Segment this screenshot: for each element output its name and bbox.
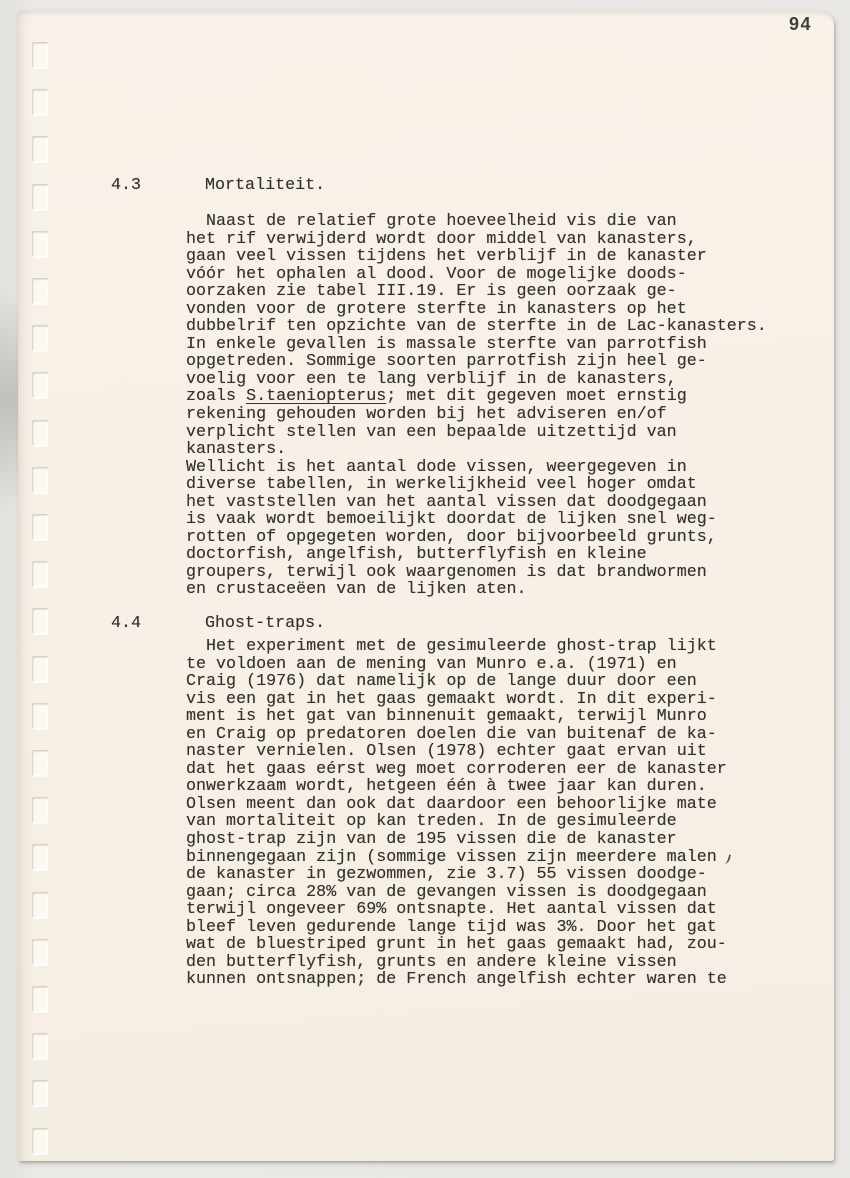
binding-hole — [32, 1080, 48, 1106]
text-line: kanasters. — [186, 441, 806, 459]
text-line: onwerkzaam wordt, hetgeen één à twee jaa… — [186, 778, 806, 796]
section-body-text: Het experiment met de gesimuleerde ghost… — [186, 638, 806, 989]
text-line: dubbelrif ten opzichte van de sterfte in… — [186, 318, 806, 336]
text-line: In enkele gevallen is massale sterfte va… — [186, 336, 806, 354]
binding-hole — [32, 325, 48, 351]
binding-hole — [32, 1128, 48, 1154]
section-title: Ghost-traps. — [205, 615, 325, 633]
section-number: 4.3 — [111, 177, 141, 195]
scanner-background: 94 4.3 Mortaliteit. Naast de relatief gr… — [0, 0, 850, 1178]
text-line: diverse tabellen, in werkelijkheid veel … — [186, 476, 806, 494]
binding-hole — [32, 278, 48, 304]
binding-hole — [32, 231, 48, 257]
section-number: 4.4 — [111, 615, 141, 633]
section-title: Mortaliteit. — [205, 177, 325, 195]
text-line: groupers, terwijl ook waargenomen is dat… — [186, 564, 806, 582]
binding-hole — [32, 750, 48, 776]
text-line: vis een gat in het gaas gemaakt wordt. I… — [186, 691, 806, 709]
text-line: opgetreden. Sommige soorten parrotfish z… — [186, 353, 806, 371]
text-line: ghost-trap zijn van de 195 vissen die de… — [186, 831, 806, 849]
text-line: vonden voor de grotere sterfte in kanast… — [186, 301, 806, 319]
text-line: wat de bluestriped grunt in het gaas gem… — [186, 936, 806, 954]
text-line: ment is het gat van binnenuit gemaakt, t… — [186, 708, 806, 726]
binding-hole — [32, 703, 48, 729]
document-page: 94 4.3 Mortaliteit. Naast de relatief gr… — [18, 11, 834, 1161]
binding-hole — [32, 939, 48, 965]
binding-hole — [32, 514, 48, 540]
text-line: van mortaliteit op kan treden. In de ges… — [186, 813, 806, 831]
text-line: Wellicht is het aantal dode vissen, weer… — [186, 459, 806, 477]
binding-hole — [32, 467, 48, 493]
text-line: den butterflyfish, grunts en andere klei… — [186, 954, 806, 972]
binding-hole — [32, 136, 48, 162]
text-line: Naast de relatief grote hoeveelheid vis … — [186, 213, 806, 231]
text-line: rotten of opgegeten worden, door bijvoor… — [186, 529, 806, 547]
binding-hole — [32, 42, 48, 68]
binding-hole — [32, 656, 48, 682]
text-line: gaan; circa 28% van de gevangen vissen i… — [186, 884, 806, 902]
text-line: te voldoen aan de mening van Munro e.a. … — [186, 656, 806, 674]
text-line: kunnen ontsnappen; de French angelfish e… — [186, 971, 806, 989]
text-line: rekening gehouden worden bij het adviser… — [186, 406, 806, 424]
text-line: Olsen meent dan ook dat daardoor een beh… — [186, 796, 806, 814]
text-line: terwijl ongeveer 69% ontsnapte. Het aant… — [186, 901, 806, 919]
binding-hole — [32, 420, 48, 446]
section-heading: 4.3 Mortaliteit. — [18, 177, 834, 195]
text-line: en crustaceëen van de lijken aten. — [186, 581, 806, 599]
text-line: binnengegaan zijn (sommige vissen zijn m… — [186, 849, 806, 867]
binding-hole — [32, 797, 48, 823]
text-line: vóór het ophalen al dood. Voor de mogeli… — [186, 266, 806, 284]
text-line: bleef leven gedurende lange tijd was 3%.… — [186, 919, 806, 937]
section-heading: 4.4 Ghost-traps. — [18, 615, 834, 633]
text-line: naster vernielen. Olsen (1978) echter ga… — [186, 743, 806, 761]
text-line: Craig (1976) dat namelijk op de lange du… — [186, 673, 806, 691]
binding-hole — [32, 89, 48, 115]
text-line: het rif verwijderd wordt door middel van… — [186, 231, 806, 249]
binding-hole — [32, 372, 48, 398]
text-line: gaan veel vissen tijdens het verblijf in… — [186, 248, 806, 266]
page-number: 94 — [789, 14, 812, 35]
text-line: oorzaken zie tabel III.19. Er is geen oo… — [186, 283, 806, 301]
binding-hole — [32, 844, 48, 870]
text-line: verplicht stellen van een bepaalde uitze… — [186, 424, 806, 442]
binding-hole — [32, 561, 48, 587]
binding-hole — [32, 986, 48, 1012]
text-line: en Craig op predatoren doelen die van bu… — [186, 726, 806, 744]
text-line: Het experiment met de gesimuleerde ghost… — [186, 638, 806, 656]
text-line: de kanaster in gezwommen, zie 3.7) 55 vi… — [186, 866, 806, 884]
text-line: voelig voor een te lang verblijf in de k… — [186, 371, 806, 389]
text-line: zoals S.taeniopterus; met dit gegeven mo… — [186, 388, 806, 406]
section-body-text: Naast de relatief grote hoeveelheid vis … — [186, 213, 806, 599]
text-line: doctorfish, angelfish, butterflyfish en … — [186, 546, 806, 564]
text-line: dat het gaas eérst weg moet corroderen e… — [186, 761, 806, 779]
binding-hole — [32, 892, 48, 918]
binding-hole — [32, 1033, 48, 1059]
text-line: het vaststellen van het aantal vissen da… — [186, 494, 806, 512]
text-line: is vaak wordt bemoeilijkt doordat de lij… — [186, 511, 806, 529]
